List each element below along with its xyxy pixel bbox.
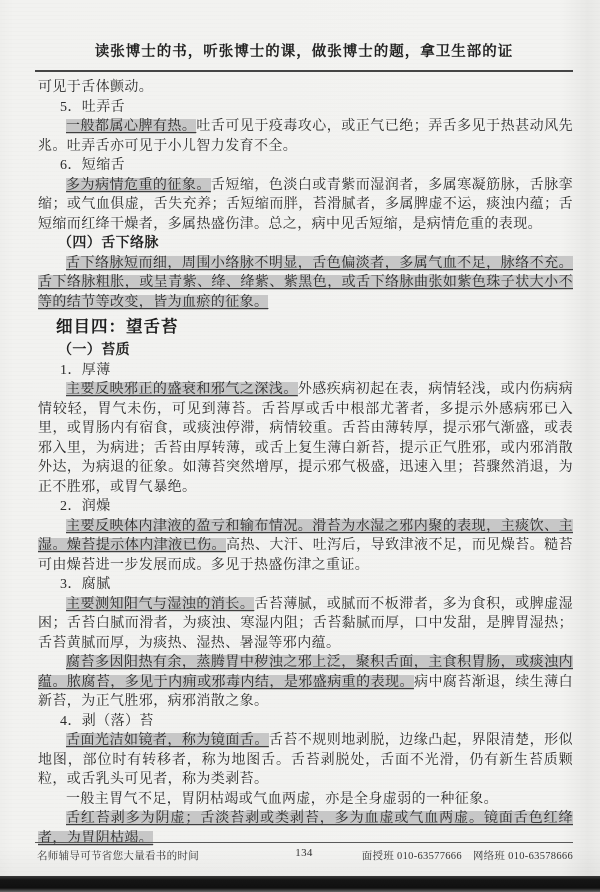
section-heading: 5．吐弄舌 <box>60 98 573 118</box>
highlighted-key-text: 舌面光洁如镜者，称为镜面舌。 <box>66 733 269 748</box>
body-text: 5．吐弄舌 <box>60 100 125 115</box>
paragraph: 腐苔多因阳热有余，蒸腾胃中秽浊之邪上泛，聚积舌面，主食积胃肠，或痰浊内蕴。脓腐苔… <box>38 653 573 712</box>
section-heading: （一）苔质 <box>58 341 573 361</box>
highlighted-key-text: 多为病情危重的征象。 <box>66 178 211 193</box>
body-text: （一）苔质 <box>58 343 130 358</box>
body-text: 细目四：望舌苔 <box>56 317 179 336</box>
section-heading: 细目四：望舌苔 <box>56 315 573 338</box>
highlighted-key-text: 主要反映邪正的盛衰和邪气之深浅。 <box>66 382 298 397</box>
paragraph: 舌下络脉短而细，周围小络脉不明显，舌色偏淡者，多属气血不足，脉络不充。舌下络脉粗… <box>38 254 573 313</box>
paragraph: 可见于舌体颤动。 <box>38 78 573 98</box>
page-footer: 名师辅导可节省您大量看书的时间 134 面授班 010-63577666 网络班… <box>35 842 573 848</box>
footer-online-class-phone: 网络班 010-63578666 <box>473 851 573 862</box>
body-text: 6．短缩舌 <box>60 158 125 173</box>
footer-onsite-class-phone: 面授班 010-63577666 <box>362 851 462 862</box>
section-heading: 2．润燥 <box>60 497 573 517</box>
section-heading: （四）舌下络脉 <box>58 234 573 254</box>
paragraph: 主要测知阳气与湿浊的消长。舌苔薄腻，或腻而不板滞者，多为食积，或脾虚湿困；舌苔白… <box>38 595 573 654</box>
scanned-textbook-page: 读张博士的书，听张博士的课，做张博士的题，拿卫生部的证 可见于舌体颤动。5．吐弄… <box>0 0 600 892</box>
body-text: 2．润燥 <box>60 499 111 514</box>
body-text: 4．剥（落）苔 <box>60 714 154 729</box>
body-text: 一般主胃气不足，胃阴枯竭或气血两虚，亦是全身虚弱的一种征象。 <box>66 792 498 807</box>
paragraph: 主要反映体内津液的盈亏和输布情况。滑苔为水湿之邪内聚的表现，主痰饮、主湿。燥苔提… <box>38 517 573 576</box>
body-text: 外感疾病初起在表，病情轻浅，或内伤病病情较轻，胃气未伤，可见到薄苔。舌苔厚或舌中… <box>38 382 573 495</box>
highlighted-key-text: 舌下络脉短而细，周围小络脉不明显，舌色偏淡者，多属气血不足，脉络不充。舌下络脉粗… <box>38 256 573 310</box>
highlighted-key-text: 主要测知阳气与湿浊的消长。 <box>66 597 254 612</box>
body-text: （四）舌下络脉 <box>58 236 159 251</box>
paragraph: 一般都属心脾有热。吐舌可见于疫毒攻心，或正气已绝；弄舌多见于热甚动风先兆。吐弄舌… <box>38 117 573 156</box>
highlighted-key-text: 一般都属心脾有热。 <box>66 119 196 134</box>
scan-edge-bar <box>0 876 600 892</box>
section-heading: 3．腐腻 <box>60 575 573 595</box>
paragraph: 多为病情危重的征象。舌短缩，色淡白或青紫而湿润者，多属寒凝筋脉，舌脉挛缩；或气血… <box>38 176 573 235</box>
section-heading: 6．短缩舌 <box>60 156 573 176</box>
footer-contact: 面授班 010-63577666 网络班 010-63578666 <box>354 848 573 863</box>
highlighted-key-text: 舌红苔剥多为阴虚；舌淡苔剥或类剥苔，多为血虚或气血两虚。镜面舌色红绛者，为胃阴枯… <box>38 811 573 846</box>
paragraph: 舌面光洁如镜者，称为镜面舌。舌苔不规则地剥脱，边缘凸起，界限清楚，形似地图，部位… <box>38 731 573 790</box>
body-text: 可见于舌体颤动。 <box>38 80 153 95</box>
section-heading: 4．剥（落）苔 <box>60 712 573 732</box>
content-blocks: 可见于舌体颤动。5．吐弄舌一般都属心脾有热。吐舌可见于疫毒攻心，或正气已绝；弄舌… <box>38 78 573 848</box>
paragraph: 一般主胃气不足，胃阴枯竭或气血两虚，亦是全身虚弱的一种征象。 <box>38 790 573 810</box>
header-slogan: 读张博士的书，听张博士的课，做张博士的题，拿卫生部的证 <box>35 40 573 61</box>
page-header: 读张博士的书，听张博士的课，做张博士的题，拿卫生部的证 <box>35 40 573 72</box>
paragraph: 主要反映邪正的盛衰和邪气之深浅。外感疾病初起在表，病情轻浅，或内伤病病情较轻，胃… <box>38 380 573 497</box>
section-heading: 1．厚薄 <box>60 361 573 381</box>
body-text: 3．腐腻 <box>60 577 111 592</box>
body-text: 1．厚薄 <box>60 363 111 378</box>
